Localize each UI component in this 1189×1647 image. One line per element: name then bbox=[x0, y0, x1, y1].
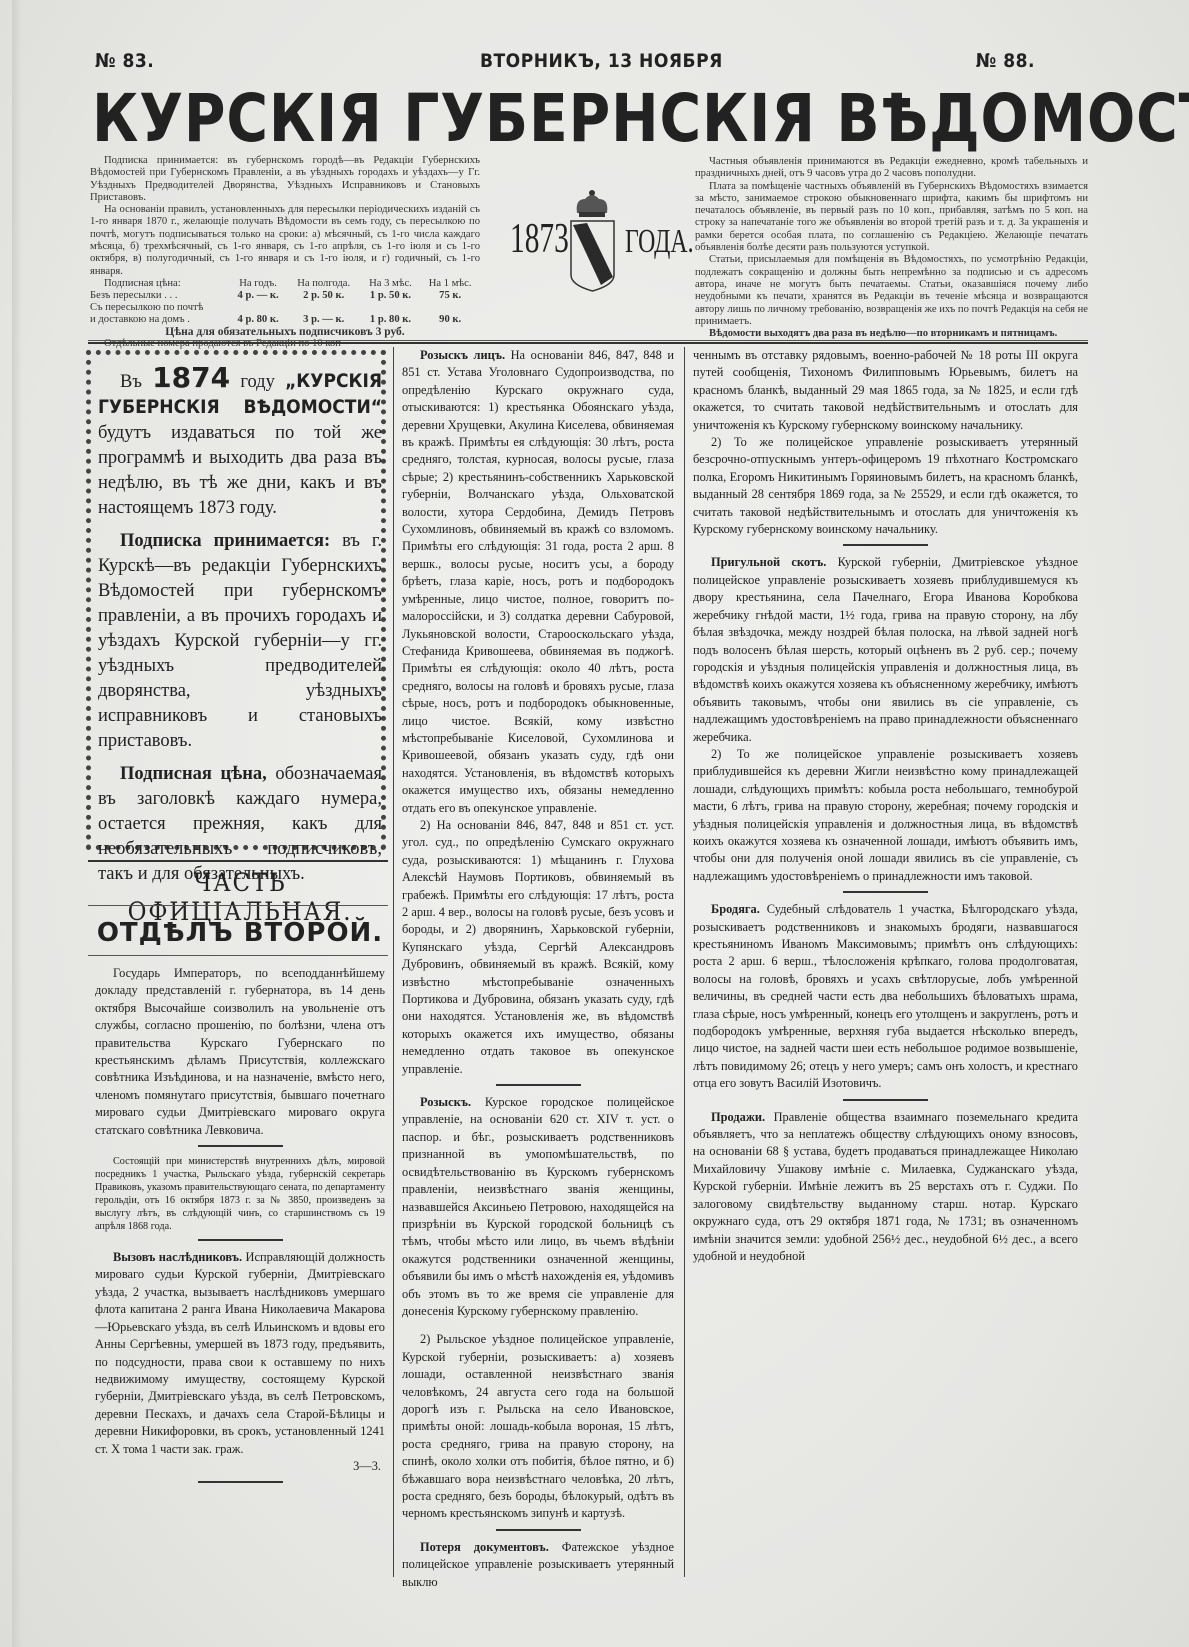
lost-ticket-notice-2: 2) То же полицейское управленіе розыскив… bbox=[693, 434, 1078, 538]
imperial-decree: Государь Императоръ, по всеподданнѣйшему… bbox=[95, 965, 385, 1139]
subscription-info: Подписка принимается: въ губернскомъ гор… bbox=[90, 155, 480, 351]
column-divider bbox=[393, 347, 394, 1577]
mailing-rules-text: На основаніи правилъ, установленныхъ для… bbox=[90, 204, 480, 278]
issue-number-left: № 83. bbox=[95, 50, 154, 72]
section-divider bbox=[88, 905, 388, 906]
heirs-notice: Вызовъ наслѣдниковъ. Исправляющій должно… bbox=[95, 1249, 385, 1458]
short-divider bbox=[496, 1084, 581, 1086]
sales-notice: Продажи. Правленіе общества взаимнаго по… bbox=[693, 1109, 1078, 1266]
wanted-persons-notice: Розыскъ лицъ. На основаніи 846, 847, 848… bbox=[402, 347, 674, 817]
section-divider bbox=[88, 860, 388, 862]
vagrant-notice: Бродяга. Судебный слѣдователь 1 участка,… bbox=[693, 901, 1078, 1092]
short-divider bbox=[198, 1481, 283, 1483]
issue-number-right: № 88. bbox=[976, 50, 1035, 72]
mandatory-price: Цѣна для обязательныхъ подписчиковъ 3 ру… bbox=[90, 326, 480, 338]
relatives-search-notice: Розыскъ. Курское городское полицейское у… bbox=[402, 1094, 674, 1320]
wanted-persons-notice-2: 2) На основаніи 846, 847, 848 и 851 ст. … bbox=[402, 817, 674, 1078]
short-divider bbox=[843, 544, 928, 546]
issue-date: ВТОРНИКЪ, 13 НОЯБРЯ bbox=[480, 50, 723, 72]
short-divider bbox=[198, 1145, 283, 1147]
lost-ticket-notice: ченнымъ въ отставку рядовымъ, военно-раб… bbox=[693, 347, 1078, 434]
section-department: ОТДѢЛЪ ВТОРОЙ. bbox=[90, 918, 390, 948]
private-ads-text: Частныя объявленія принимаются въ Редакц… bbox=[695, 156, 1088, 181]
short-divider bbox=[198, 1239, 283, 1241]
short-divider bbox=[843, 1099, 928, 1101]
price-row: Съ пересылкою по почтѣ bbox=[90, 302, 480, 314]
section-divider bbox=[88, 955, 388, 956]
newspaper-title: КУРСКІЯ ГУБЕРНСКІЯ ВѢДОМОСТИ. bbox=[92, 80, 935, 158]
short-divider bbox=[496, 1529, 581, 1531]
header-divider-thick bbox=[88, 342, 1088, 344]
column-1: Государь Императоръ, по всеподданнѣйшему… bbox=[95, 965, 385, 1491]
short-divider bbox=[843, 891, 928, 893]
articles-policy-text: Статьи, присылаемыя для помѣщенія въ Вѣд… bbox=[695, 254, 1088, 328]
header-divider bbox=[88, 340, 1088, 341]
notice-signature: 3—3. bbox=[95, 1458, 385, 1475]
year-suffix: ГОДА. bbox=[625, 223, 694, 261]
column-2: Розыскъ лицъ. На основаніи 846, 847, 848… bbox=[402, 347, 674, 1591]
column-divider bbox=[684, 347, 685, 1577]
masthead-topline: № 83. ВТОРНИКЪ, 13 НОЯБРЯ № 88. bbox=[95, 50, 1035, 72]
stray-cattle-notice: Пригульной скотъ. Курской губерніи, Дмит… bbox=[693, 554, 1078, 745]
lost-documents-notice: Потеря документовъ. Фатежское уѣздное по… bbox=[402, 1539, 674, 1591]
horse-owner-search-notice: 2) Рыльское уѣздное полицейское управлен… bbox=[402, 1331, 674, 1522]
announcement-1874: Въ 1874 году „КУРСКІЯ ГУБЕРНСКІЯ ВѢДОМОС… bbox=[98, 365, 382, 895]
year-label: 1873 bbox=[510, 215, 569, 263]
coat-of-arms-icon bbox=[565, 185, 620, 295]
newspaper-page: № 83. ВТОРНИКЪ, 13 НОЯБРЯ № 88. КУРСКІЯ … bbox=[0, 0, 1189, 1647]
column-3: ченнымъ въ отставку рядовымъ, военно-раб… bbox=[693, 347, 1078, 1265]
price-table: Подписная цѣна: На годъ. На полгода. На … bbox=[90, 278, 480, 326]
subscription-text: Подписка принимается: въ губернскомъ гор… bbox=[90, 155, 480, 204]
stray-horse-notice: 2) То же полицейское управленіе розыскив… bbox=[693, 746, 1078, 885]
publication-schedule: Вѣдомости выходятъ два раза въ недѣлю—по… bbox=[695, 328, 1088, 340]
price-table-header: Подписная цѣна: На годъ. На полгода. На … bbox=[90, 278, 480, 290]
page-edge-shadow bbox=[12, 0, 22, 1647]
advertising-info: Частныя объявленія принимаются въ Редакц… bbox=[695, 156, 1088, 340]
promotion-notice: Состоящій при министерствѣ внутреннихъ д… bbox=[95, 1155, 385, 1233]
price-row: Безъ пересылки . . . 4 р. — к. 2 р. 50 к… bbox=[90, 290, 480, 302]
price-row: и доставкою на домъ . 4 р. 80 к. 3 р. — … bbox=[90, 314, 480, 326]
ad-fees-text: Плата за помѣщеніе частныхъ объявленій в… bbox=[695, 181, 1088, 255]
year-emblem: 1873 ГОДА. bbox=[510, 185, 660, 295]
